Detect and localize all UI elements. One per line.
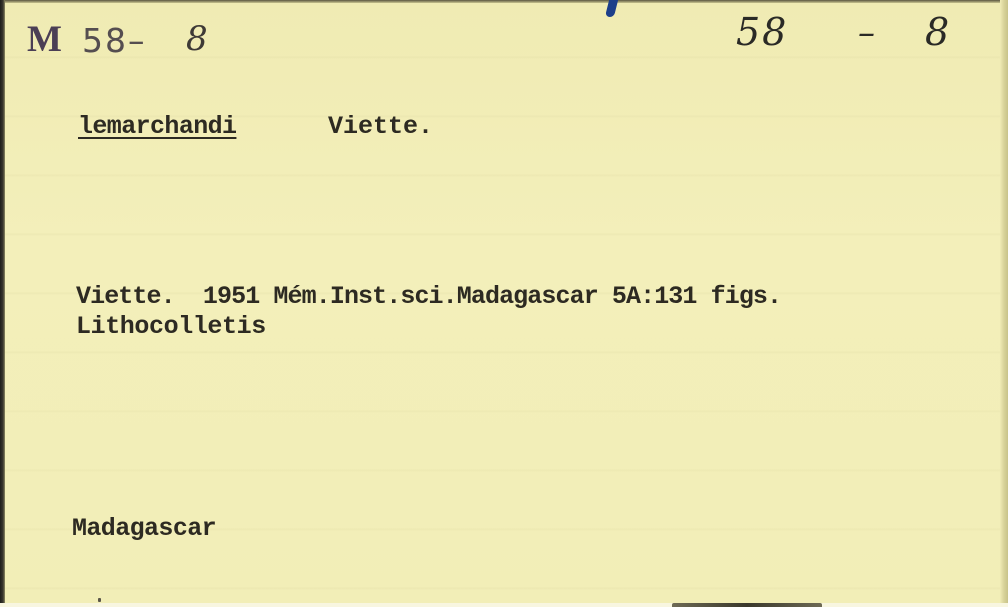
index-card: M 58– 8 58 – 8 lemarchandi Viette. Viett… [0, 0, 1008, 607]
handwritten-number-right: 8 [925, 10, 949, 54]
card-right-edge [1000, 0, 1008, 607]
card-bottom-edge [0, 603, 1008, 607]
species-name: lemarchandi [78, 112, 236, 141]
handwritten-dash: – [858, 13, 875, 53]
species-author: Viette. [328, 112, 433, 141]
stamp-dash: – [128, 21, 147, 60]
card-top-edge [0, 0, 1008, 3]
stamp-number: 58– [82, 21, 147, 60]
adjacent-card-shadow [672, 603, 822, 607]
genus-name: Lithocolletis [76, 312, 266, 341]
ink-speck [98, 598, 101, 602]
citation-line: Viette. 1951 Mém.Inst.sci.Madagascar 5A:… [76, 282, 781, 311]
locality: Madagascar [72, 514, 216, 543]
stamp-number-value: 58 [82, 21, 128, 60]
handwritten-number-left: 58 [736, 10, 788, 54]
stamp-prefix: M [27, 18, 61, 61]
card-left-edge [0, 0, 5, 607]
stamp-handwritten-suffix: 8 [186, 19, 208, 59]
